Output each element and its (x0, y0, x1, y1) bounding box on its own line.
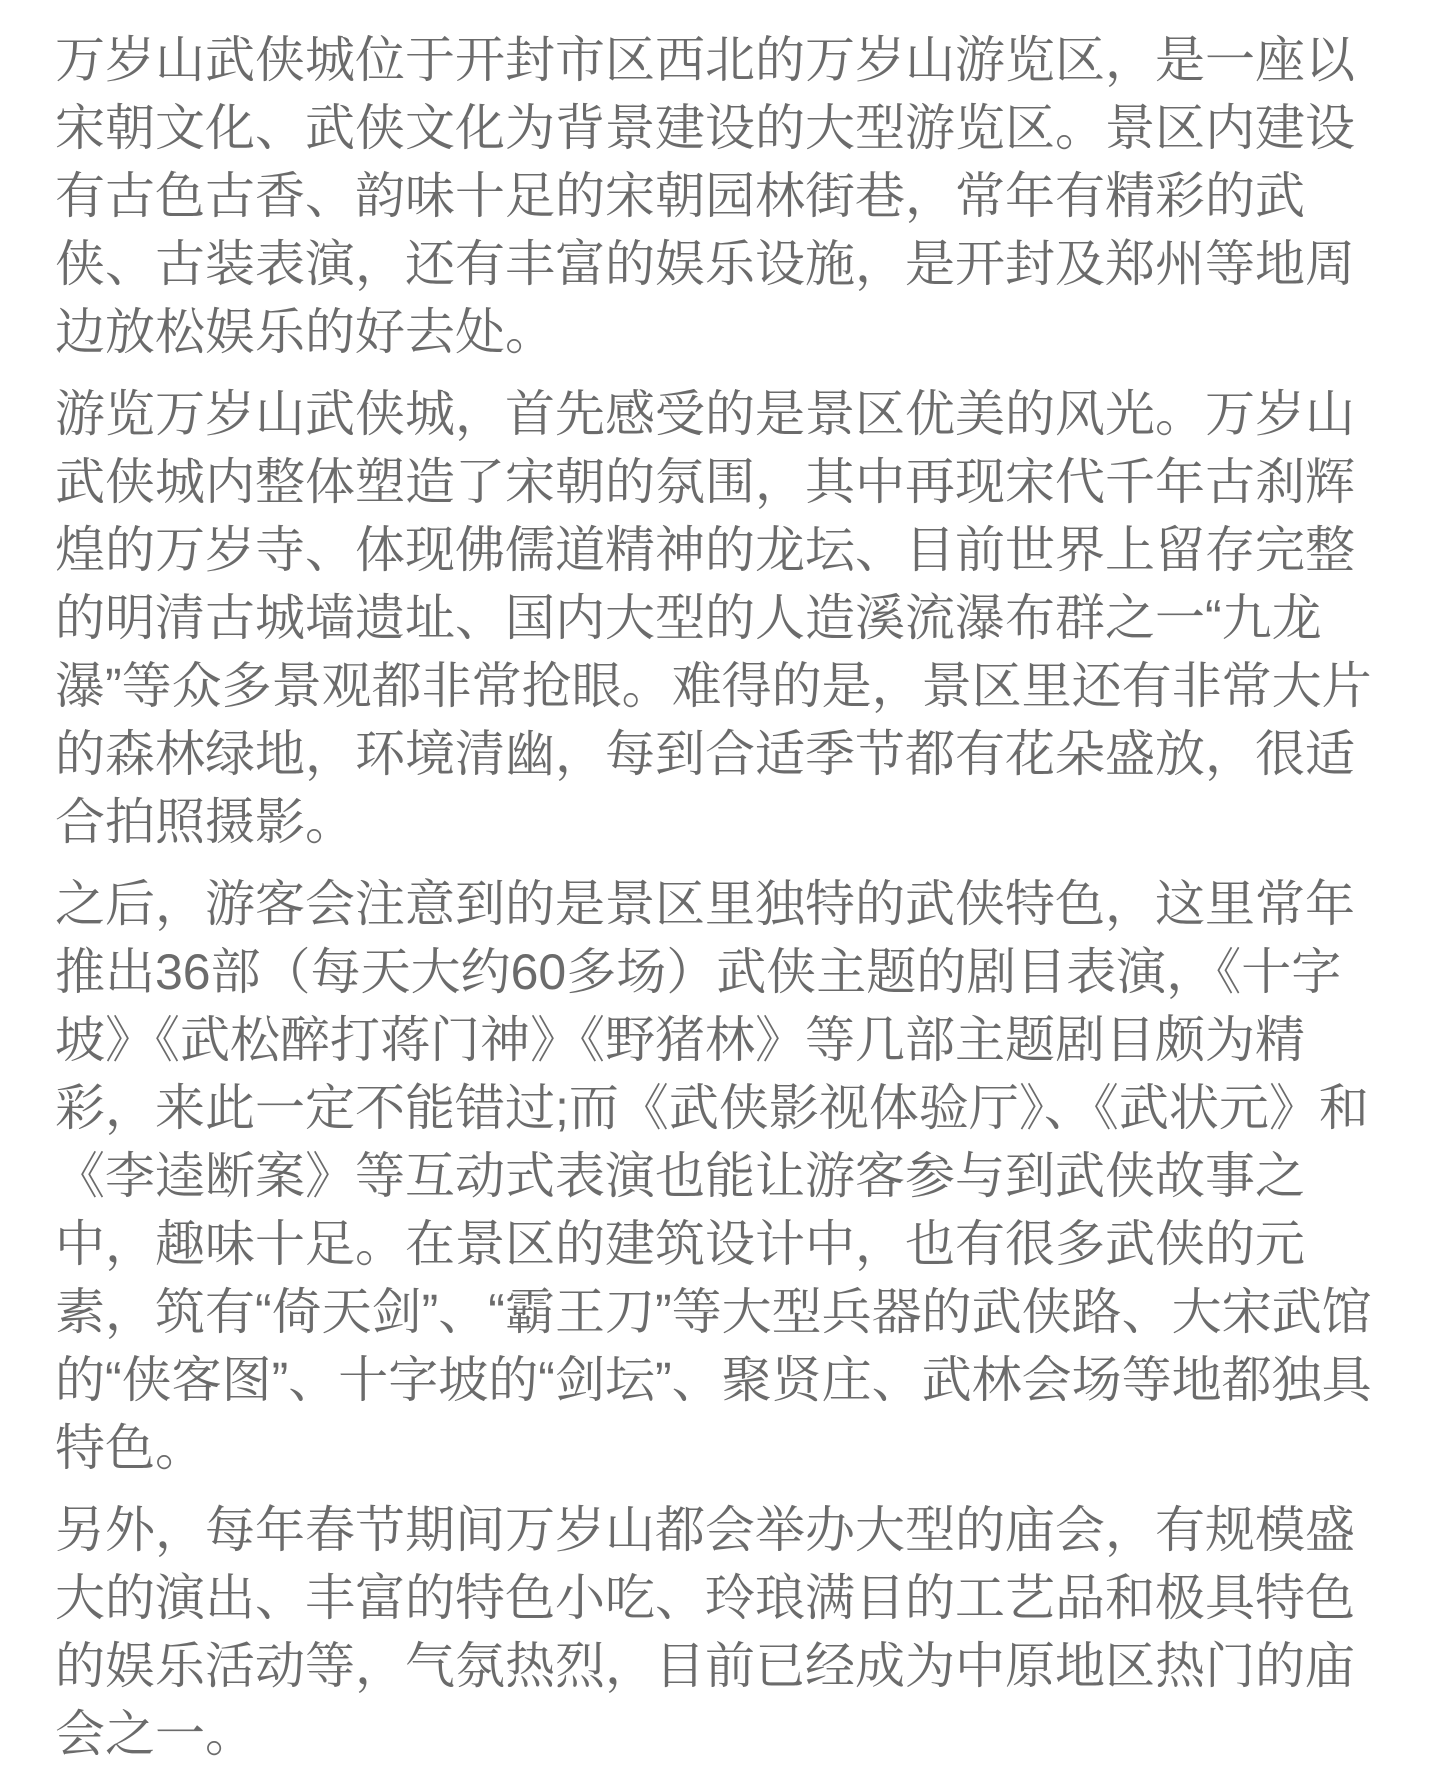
paragraph-temple-fair: 另外，每年春节期间万岁山都会举办大型的庙会，有规模盛大的演出、丰富的特色小吃、玲… (55, 1496, 1404, 1768)
paragraph-wuxia-features: 之后，游客会注意到的是景区里独特的武侠特色，这里常年推出36部（每天大约60多场… (55, 870, 1404, 1482)
article-body: 万岁山武侠城位于开封市区西北的万岁山游览区，是一座以宋朝文化、武侠文化为背景建设… (0, 0, 1440, 1788)
paragraph-intro: 万岁山武侠城位于开封市区西北的万岁山游览区，是一座以宋朝文化、武侠文化为背景建设… (55, 26, 1404, 366)
paragraph-scenery: 游览万岁山武侠城，首先感受的是景区优美的风光。万岁山武侠城内整体塑造了宋朝的氛围… (55, 380, 1404, 856)
